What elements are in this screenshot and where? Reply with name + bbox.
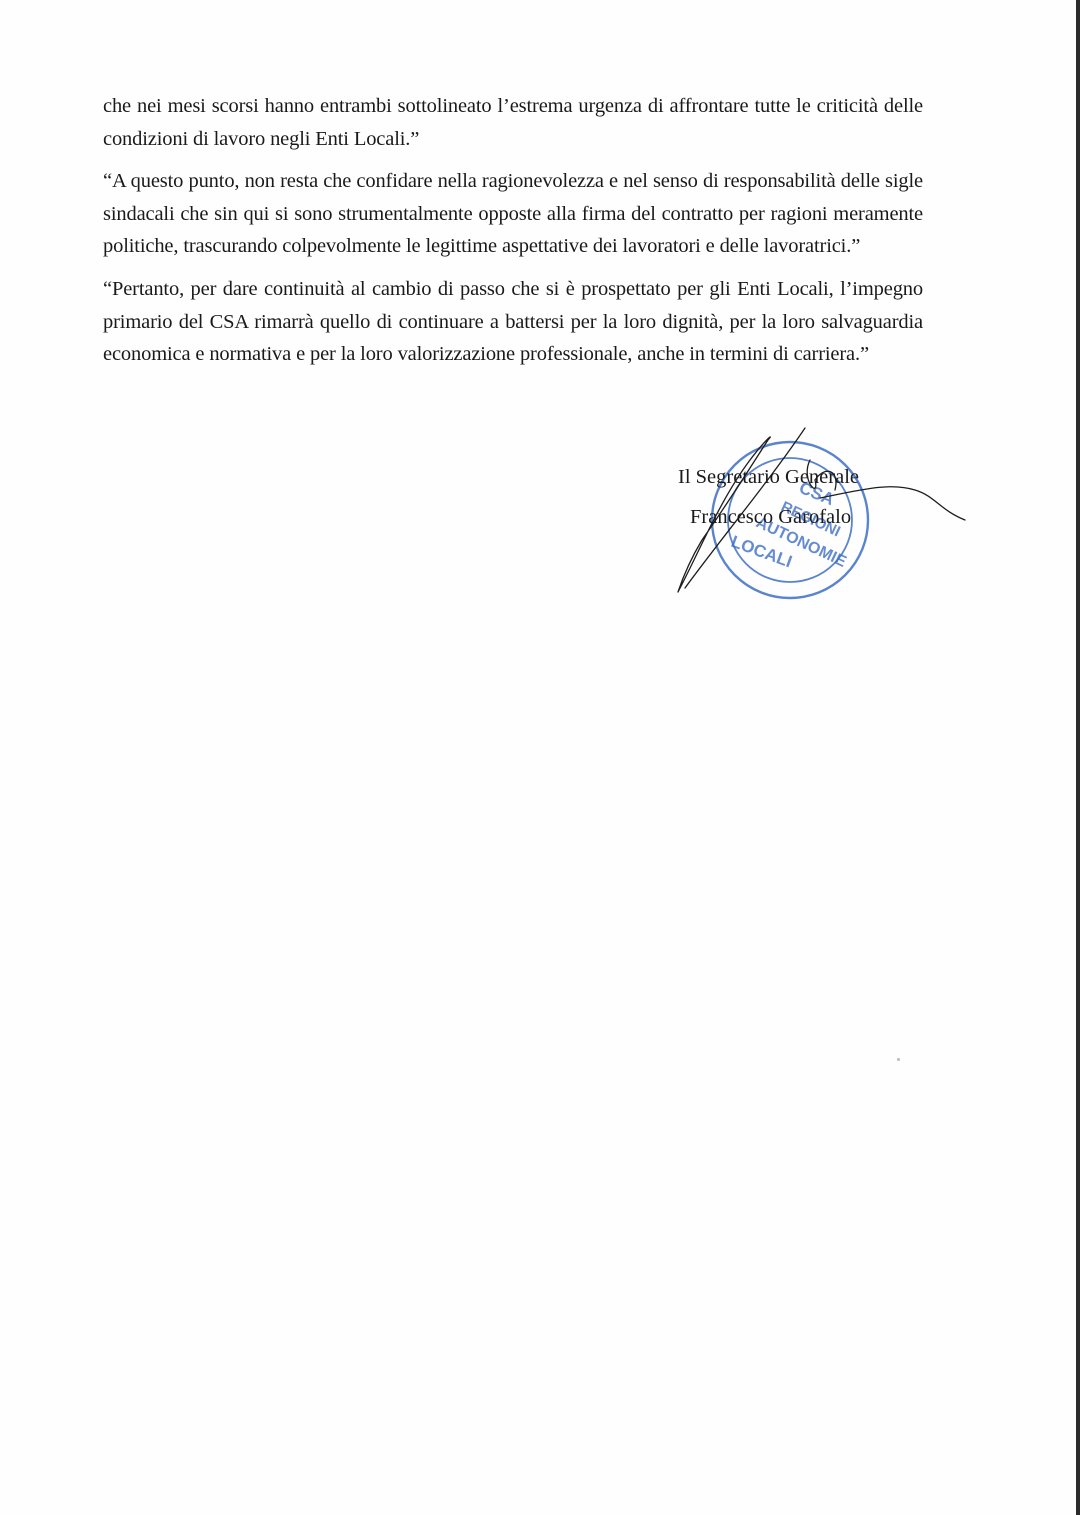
- paragraph-2: “A questo punto, non resta che confidare…: [103, 165, 923, 263]
- paragraph-3: “Pertanto, per dare continuità al cambio…: [103, 273, 923, 371]
- scan-speck: [897, 1058, 900, 1061]
- document-page: che nei mesi scorsi hanno entrambi sotto…: [0, 0, 1080, 1515]
- signature-title: Il Segretario Generale: [678, 466, 859, 489]
- scan-edge: [1076, 0, 1080, 1515]
- signature-block: CSA REGIONI AUTONOMIE LOCALI Il Segretar…: [640, 420, 980, 610]
- document-body: che nei mesi scorsi hanno entrambi sotto…: [103, 90, 923, 381]
- paragraph-1: che nei mesi scorsi hanno entrambi sotto…: [103, 90, 923, 155]
- signature-name: Francesco Garofalo: [690, 506, 851, 529]
